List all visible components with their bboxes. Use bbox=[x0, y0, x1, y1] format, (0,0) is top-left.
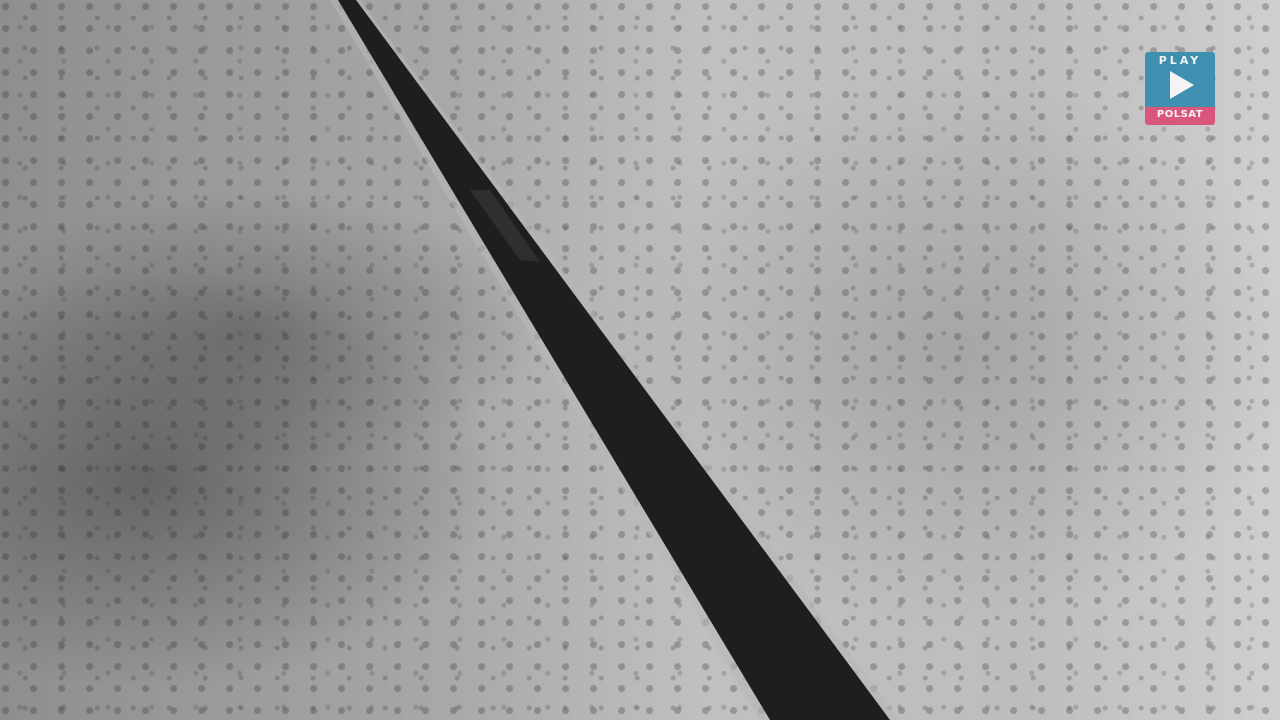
road bbox=[0, 0, 1280, 720]
logo-play-text: PLAY bbox=[1145, 54, 1215, 67]
logo-polsat-text: POLSAT bbox=[1145, 109, 1215, 120]
logo-top-panel: PLAY bbox=[1145, 52, 1215, 107]
aerial-snow-landscape bbox=[0, 0, 1280, 720]
logo-bottom-panel: POLSAT bbox=[1145, 107, 1215, 125]
play-polsat-logo: PLAY POLSAT bbox=[1145, 52, 1215, 125]
play-icon bbox=[1170, 71, 1194, 99]
